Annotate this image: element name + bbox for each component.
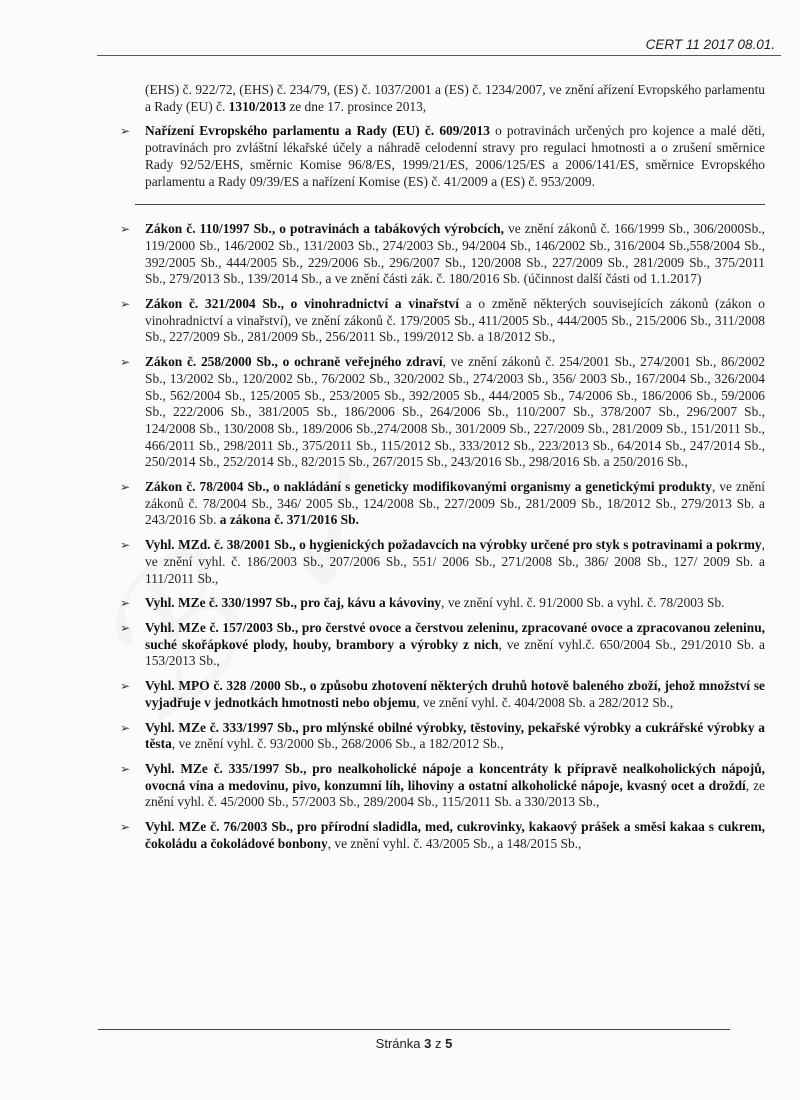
list-item-text: Vyhl. MZe č. 76/2003 Sb., pro přírodní s… xyxy=(145,819,765,852)
page-header: CERT 11 2017 08.01. xyxy=(97,6,781,56)
list-item: ➢Vyhl. MZe č. 157/2003 Sb., pro čerstvé … xyxy=(120,620,765,670)
arrow-bullet-icon: ➢ xyxy=(120,720,130,737)
continuation-paragraph: (EHS) č. 922/72, (EHS) č. 234/79, (ES) č… xyxy=(145,82,765,115)
law-title: Zákon č. 78/2004 Sb., o nakládání s gene… xyxy=(145,479,712,494)
list-item-text: Vyhl. MZe č. 333/1997 Sb., pro mlýnské o… xyxy=(145,720,765,753)
arrow-bullet-icon: ➢ xyxy=(120,595,130,612)
arrow-bullet-icon: ➢ xyxy=(120,221,130,238)
list-item: ➢Vyhl. MZe č. 335/1997 Sb., pro nealkoho… xyxy=(120,761,765,811)
law-text: , ve znění zákonů č. 254/2001 Sb., 274/2… xyxy=(145,354,765,469)
list-item: ➢Vyhl. MPO č. 328 /2000 Sb., o způsobu z… xyxy=(120,678,765,711)
arrow-bullet-icon: ➢ xyxy=(120,620,130,637)
arrow-bullet-icon: ➢ xyxy=(120,123,130,140)
list-item-text: Vyhl. MZe č. 330/1997 Sb., pro čaj, kávu… xyxy=(145,595,765,612)
arrow-bullet-icon: ➢ xyxy=(120,296,130,313)
document-id: CERT 11 2017 08.01. xyxy=(646,37,775,52)
list-item-text: Vyhl. MZe č. 335/1997 Sb., pro nealkohol… xyxy=(145,761,765,811)
arrow-bullet-icon: ➢ xyxy=(120,761,130,778)
list-item: ➢Zákon č. 258/2000 Sb., o ochraně veřejn… xyxy=(120,354,765,471)
arrow-bullet-icon: ➢ xyxy=(120,354,130,371)
law-title: Zákon č. 258/2000 Sb., o ochraně veřejné… xyxy=(145,354,443,369)
document-body: (EHS) č. 922/72, (EHS) č. 234/79, (ES) č… xyxy=(120,82,765,860)
list-item-text: Nařízení Evropského parlamentu a Rady (E… xyxy=(145,123,765,190)
section-divider xyxy=(135,204,765,205)
list-item: ➢Nařízení Evropského parlamentu a Rady (… xyxy=(120,123,765,190)
list-item-text: Zákon č. 110/1997 Sb., o potravinách a t… xyxy=(145,221,765,288)
law-text: , ve znění vyhl. č. 91/2000 Sb. a vyhl. … xyxy=(441,595,724,610)
law-title: Nařízení Evropského parlamentu a Rady (E… xyxy=(145,123,490,138)
arrow-bullet-icon: ➢ xyxy=(120,819,130,836)
list-item: ➢Zákon č. 78/2004 Sb., o nakládání s gen… xyxy=(120,479,765,529)
law-title: Zákon č. 321/2004 Sb., o vinohradnictví … xyxy=(145,296,459,311)
law-title: 1310/2013 xyxy=(229,99,286,114)
list-item-text: Zákon č. 321/2004 Sb., o vinohradnictví … xyxy=(145,296,765,346)
list-item: ➢Vyhl. MZe č. 333/1997 Sb., pro mlýnské … xyxy=(120,720,765,753)
list-item-text: Vyhl. MZe č. 157/2003 Sb., pro čerstvé o… xyxy=(145,620,765,670)
law-title: a zákona č. 371/2016 Sb. xyxy=(216,512,358,527)
page-footer: Stránka 3 z 5 xyxy=(98,1029,730,1030)
arrow-bullet-icon: ➢ xyxy=(120,678,130,695)
law-text: , ve znění vyhl. č. 404/2008 Sb. a 282/2… xyxy=(416,695,673,710)
list-item: ➢Zákon č. 110/1997 Sb., o potravinách a … xyxy=(120,221,765,288)
page-number: Stránka 3 z 5 xyxy=(98,1036,730,1051)
law-title: Vyhl. MZe č. 330/1997 Sb., pro čaj, kávu… xyxy=(145,595,441,610)
national-laws-list: ➢Zákon č. 110/1997 Sb., o potravinách a … xyxy=(120,221,765,852)
eu-regulations-list: ➢Nařízení Evropského parlamentu a Rady (… xyxy=(120,123,765,190)
list-item: ➢Vyhl. MZd. č. 38/2001 Sb., o hygienický… xyxy=(120,537,765,587)
law-text: , ve znění vyhl. č. 43/2005 Sb., a 148/2… xyxy=(328,836,582,851)
law-title: Vyhl. MZe č. 335/1997 Sb., pro nealkohol… xyxy=(145,761,765,793)
law-text: ze dne 17. prosince 2013, xyxy=(286,99,426,114)
arrow-bullet-icon: ➢ xyxy=(120,537,130,554)
list-item: ➢Zákon č. 321/2004 Sb., o vinohradnictví… xyxy=(120,296,765,346)
law-title: Zákon č. 110/1997 Sb., o potravinách a t… xyxy=(145,221,504,236)
list-item-text: Zákon č. 78/2004 Sb., o nakládání s gene… xyxy=(145,479,765,529)
list-item: ➢Vyhl. MZe č. 76/2003 Sb., pro přírodní … xyxy=(120,819,765,852)
law-title: Vyhl. MZd. č. 38/2001 Sb., o hygienickýc… xyxy=(145,537,762,552)
list-item-text: Zákon č. 258/2000 Sb., o ochraně veřejné… xyxy=(145,354,765,471)
arrow-bullet-icon: ➢ xyxy=(120,479,130,496)
law-text: , ve znění vyhl. č. 93/2000 Sb., 268/200… xyxy=(172,736,504,751)
list-item-text: Vyhl. MZd. č. 38/2001 Sb., o hygienickýc… xyxy=(145,537,765,587)
list-item-text: Vyhl. MPO č. 328 /2000 Sb., o způsobu zh… xyxy=(145,678,765,711)
list-item: ➢Vyhl. MZe č. 330/1997 Sb., pro čaj, káv… xyxy=(120,595,765,612)
